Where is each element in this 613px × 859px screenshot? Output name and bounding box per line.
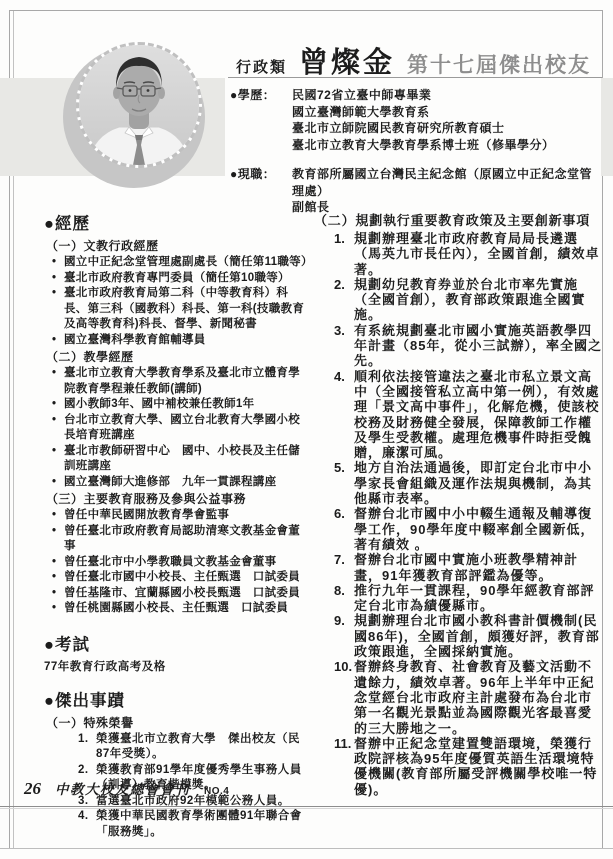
education-line: 國立臺灣師範大學教育系 (292, 104, 598, 121)
page-header: 行政類 曾燦金 第十七屆傑出校友 (236, 40, 596, 81)
policy-item-number: 4. (334, 369, 354, 461)
achievement-item-text: 榮獲臺北市立教育大學 傑出校友（民87年受獎）。 (96, 732, 308, 763)
experience-item: 國立中正紀念堂管理處副處長（簡任第11職等） (44, 255, 308, 271)
policy-item: 4. 順利依法接管違法之臺北市私立景文高中（全國接管私立高中第一例），有效處理「… (312, 369, 602, 461)
magazine-page: 行政類 曾燦金 第十七屆傑出校友 ●學歷： 民國72省立臺中師專畢業國立臺灣師範… (0, 0, 613, 859)
policy-item: 9. 規劃辦理台北市國小教科書計價機制(民國86年)，全國首創，頗獲好評，教育部… (312, 613, 602, 659)
left-column: ●經歷 （一）文教行政經歷 國立中正紀念堂管理處副處長（簡任第11職等）臺北市政… (44, 210, 308, 840)
position-label: ●現職： (230, 166, 292, 183)
experience-item: 臺北市立教育大學教育學系及臺北市立體育學院教育學程兼任教師(講師) (44, 366, 308, 397)
achievements-subheading: （一）特殊榮譽 (46, 715, 308, 732)
page-number: 26 (24, 779, 41, 799)
policy-item: 10. 督辦終身教育、社會教育及藝文活動不遺餘力，績效卓著。96年上半年中正紀念… (312, 659, 602, 735)
policy-item-text: 規劃幼兒教育券並於台北市率先實施（全國首創），教育部政策跟進全國實施。 (354, 277, 602, 323)
policy-item: 6. 督辦台北市國中小中輟生通報及輔導復學工作，90學年度中輟率創全國新低，著有… (312, 506, 602, 552)
policy-item-number: 1. (334, 231, 354, 277)
top-border-line (9, 10, 603, 11)
policy-item: 7. 督辦台北市國中實施小班教學精神計畫，91年獲教育部評鑑為優等。 (312, 552, 602, 583)
experience-item: 臺北市政府教育專門委員（簡任第10職等） (44, 271, 308, 287)
policy-item-text: 推行九年一貫課程，90學年經教育部評定台北市為績優縣市。 (354, 583, 602, 614)
policy-item-text: 地方自治法通過後，即訂定台北市中小學家長會組織及運作法規與機制，為其他縣市表率。 (354, 460, 602, 506)
experience-item: 國立臺灣師大進修部 九年一貫課程講座 (44, 475, 308, 491)
policy-item-number: 5. (334, 460, 354, 506)
experience-title: ●經歷 (44, 210, 308, 234)
policy-item: 8. 推行九年一貫課程，90學年經教育部評定台北市為績優縣市。 (312, 583, 602, 614)
education-line: 民國72省立臺中師專畢業 (292, 87, 598, 104)
right-column: （二）規劃執行重要教育政策及主要創新事項 1. 規劃辦理臺北市政府教育局局長遴選… (312, 212, 602, 797)
policy-list: 1. 規劃辦理臺北市政府教育局局長遴選（馬英九市長任內），全國首創，績效卓著。 … (312, 231, 602, 797)
exam-text: 77年教育行政高考及格 (44, 659, 308, 675)
policy-item-text: 督辦終身教育、社會教育及藝文活動不遺餘力，績效卓著。96年上半年中正紀念堂經台北… (354, 659, 602, 735)
policy-item-number: 2. (334, 277, 354, 323)
portrait-illustration (79, 45, 199, 165)
page-footer: 26 中教大校友總會會刊 NO.4 (24, 778, 424, 799)
policy-item-text: 規劃辦理臺北市政府教育局局長遴選（馬英九市長任內），全國首創，績效卓著。 (354, 231, 602, 277)
honor-title: 第十七屆傑出校友 (407, 49, 591, 79)
experience-item: 臺北市政府教育局第二科（中等教育科）科長、第三科（國教科）科長、第一科(技職教育… (44, 286, 308, 333)
policy-item-text: 順利依法接管違法之臺北市私立景文高中（全國接管私立高中第一例），有效處理「景文高… (354, 369, 602, 461)
exam-block: ●考試 77年教育行政高考及格 (44, 631, 308, 675)
policy-item-number: 9. (334, 613, 354, 659)
category-label: 行政類 (236, 56, 287, 77)
experience-item: 曾任臺北市中小學教職員文教基金會董事 (44, 555, 308, 571)
alumnus-name: 曾燦金 (299, 40, 395, 81)
experience-item: 國小教師3年、國中補校兼任教師1年 (44, 397, 308, 413)
achievements-title: ●傑出事蹟 (44, 687, 308, 711)
education-lines: 民國72省立臺中師專畢業國立臺灣師範大學教育系臺北市立師院國民教育研究所教育碩士… (292, 87, 598, 153)
policy-item-text: 督辦台北市國中實施小班教學精神計畫，91年獲教育部評鑑為優等。 (354, 552, 602, 583)
policy-item: 1. 規劃辦理臺北市政府教育局局長遴選（馬英九市長任內），全國首創，績效卓著。 (312, 231, 602, 277)
education-line: 臺北市立師院國民教育研究所教育碩士 (292, 120, 598, 137)
experience-item: 曾任臺北市政府教育局認助清寒文教基金會董事 (44, 524, 308, 555)
experience-section-1-list: 國立中正紀念堂管理處副處長（簡任第11職等）臺北市政府教育專門委員（簡任第10職… (44, 255, 308, 348)
achievement-item-number: 1. (78, 732, 96, 763)
experience-item: 曾任中華民國開放教育學會監事 (44, 508, 308, 524)
experience-item: 臺北市教師研習中心 國中、小校長及主任儲訓班講座 (44, 444, 308, 475)
experience-section-1-heading: （一）文教行政經歷 (46, 238, 308, 255)
policy-item-text: 規劃辦理台北市國小教科書計價機制(民國86年)，全國首創，頗獲好評，教育部政策跟… (354, 613, 602, 659)
experience-section-2-list: 臺北市立教育大學教育學系及臺北市立體育學院教育學程兼任教師(講師)國小教師3年、… (44, 366, 308, 490)
position-lines: 教育部所屬國立台灣民主紀念館（原國立中正紀念堂管理處）副館長 (292, 166, 598, 216)
policy-item: 5. 地方自治法通過後，即訂定台北市中小學家長會組織及運作法規與機制，為其他縣市… (312, 460, 602, 506)
experience-section-2-heading: （二）教學經歷 (46, 349, 308, 366)
experience-item: 曾任桃園縣國小校長、主任甄選 口試委員 (44, 601, 308, 617)
achievement-item-number: 4. (78, 809, 96, 840)
education-label: ●學歷： (230, 87, 292, 104)
policy-item-number: 3. (334, 323, 354, 369)
position-row: ●現職： 教育部所屬國立台灣民主紀念館（原國立中正紀念堂管理處）副館長 (230, 166, 598, 216)
policy-item: 2. 規劃幼兒教育券並於台北市率先實施（全國首創），教育部政策跟進全國實施。 (312, 277, 602, 323)
achievements-block: ●傑出事蹟 （一）特殊榮譽 1. 榮獲臺北市立教育大學 傑出校友（民87年受獎）… (44, 687, 308, 841)
achievement-item: 4. 榮獲中華民國教育學術團體91年聯合會「服務獎」。 (44, 809, 308, 840)
education-line: 臺北市立教育大學教育學系博士班（修畢學分） (292, 137, 598, 154)
experience-item: 台北市立教育大學、國立台北教育大學國小校長培育班講座 (44, 413, 308, 444)
policy-item: 3. 有系統規劃臺北市國小實施英語教學四年計畫（85年，從小三試辦），率全國之先… (312, 323, 602, 369)
policy-item-number: 6. (334, 506, 354, 552)
achievement-item-text: 榮獲中華民國教育學術團體91年聯合會「服務獎」。 (96, 809, 308, 840)
header-underline (228, 77, 602, 78)
journal-title: 中教大校友總會會刊 (55, 778, 190, 798)
achievement-item: 1. 榮獲臺北市立教育大學 傑出校友（民87年受獎）。 (44, 732, 308, 763)
portrait-photo (76, 42, 202, 168)
policy-item-number: 8. (334, 583, 354, 614)
issue-number: NO.4 (204, 786, 229, 797)
policy-heading: （二）規劃執行重要教育政策及主要創新事項 (314, 212, 602, 229)
experience-item: 曾任臺北市國中小校長、主任甄選 口試委員 (44, 570, 308, 586)
experience-section-3-list: 曾任中華民國開放教育學會監事曾任臺北市政府教育局認助清寒文教基金會董事曾任臺北市… (44, 508, 308, 617)
experience-item: 曾任基隆市、宜蘭縣國小校長甄選 口試委員 (44, 586, 308, 602)
profile-block: ●學歷： 民國72省立臺中師專畢業國立臺灣師範大學教育系臺北市立師院國民教育研究… (230, 87, 598, 216)
policy-item-text: 督辦台北市國中小中輟生通報及輔導復學工作，90學年度中輟率創全國新低，著有績效 … (354, 506, 602, 552)
policy-item-number: 7. (334, 552, 354, 583)
position-line: 教育部所屬國立台灣民主紀念館（原國立中正紀念堂管理處） (292, 166, 598, 199)
experience-section-3-heading: （三）主要教育服務及參與公益事務 (46, 491, 308, 508)
bottom-border-line (0, 848, 613, 849)
experience-item: 國立臺灣科學教育館輔導員 (44, 333, 308, 349)
exam-title: ●考試 (44, 631, 308, 655)
policy-item-number: 10. (334, 659, 354, 735)
education-row: ●學歷： 民國72省立臺中師專畢業國立臺灣師範大學教育系臺北市立師院國民教育研究… (230, 87, 598, 153)
policy-item-text: 有系統規劃臺北市國小實施英語教學四年計畫（85年，從小三試辦），率全國之先。 (354, 323, 602, 369)
